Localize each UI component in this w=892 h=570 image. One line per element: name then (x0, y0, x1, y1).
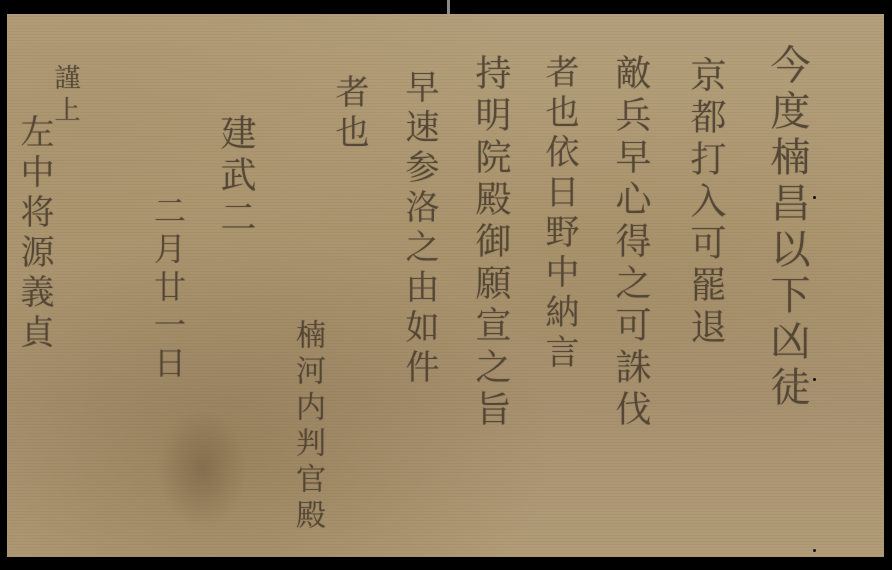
calligraphy-column: 建武二 (217, 114, 253, 240)
calligraphy-column: 今度楠昌以下凶徒 (767, 44, 807, 412)
frame-divider (447, 0, 450, 14)
document-paper: 今度楠昌以下凶徒京都打入可罷退敵兵早心得之可誅伐者也依日野中納言持明院殿御願宣之… (7, 14, 884, 557)
ink-dot (813, 378, 816, 381)
ink-dot (813, 196, 816, 199)
calligraphy-column: 早速参洛之由如件 (402, 69, 436, 389)
calligraphy-column: 持明院殿御願宣之旨 (472, 54, 508, 432)
calligraphy-column: 京都打入可罷退 (687, 56, 723, 350)
ink-dot (813, 549, 816, 552)
calligraphy-column: 者也依日野中納言 (542, 54, 576, 374)
calligraphy-column: 二月廿一日 (152, 194, 184, 384)
calligraphy-column: 謹上 (52, 64, 78, 128)
calligraphy-column: 左中将源義貞 (17, 114, 51, 354)
seal-stain (157, 409, 247, 529)
calligraphy-column: 敵兵早心得之可誅伐 (612, 54, 648, 432)
calligraphy-column: 楠河内判官殿 (292, 319, 322, 535)
calligraphy-column: 者也 (332, 74, 366, 154)
